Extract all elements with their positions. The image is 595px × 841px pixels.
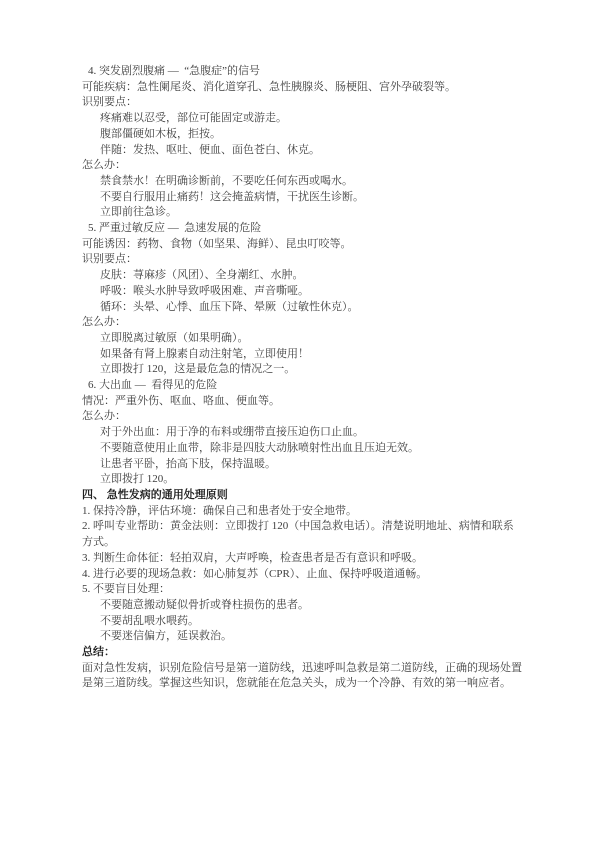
dont-item: 不要随意搬动疑似骨折或脊柱损伤的患者。 [82, 598, 542, 614]
section-summary: 总结： 面对急性发病，识别危险信号是第一道防线，迅速呼叫急救是第二道防线，正确的… [82, 645, 542, 692]
action-item: 立即前往急诊。 [82, 205, 542, 221]
identify-point: 腹部僵硬如木板，拒按。 [82, 127, 542, 143]
action-item: 不要随意使用止血带，除非是四肢大动脉喷射性出血且压迫无效。 [82, 441, 542, 457]
summary-heading: 总结： [82, 645, 542, 661]
possible-diseases-text: 可能疾病：急性阑尾炎、消化道穿孔、急性胰腺炎、肠梗阻、宫外孕破裂等。 [82, 80, 542, 96]
identify-points-label: 识别要点： [82, 95, 542, 111]
identify-point: 疼痛难以忍受，部位可能固定或游走。 [82, 111, 542, 127]
identify-point: 皮肤：荨麻疹（风团）、全身潮红、水肿。 [82, 268, 542, 284]
action-item: 对于外出血：用于净的布料或绷带直接压迫伤口止血。 [82, 425, 542, 441]
identify-point: 呼吸：喉头水肿导致呼吸困难、声音嘶哑。 [82, 284, 542, 300]
dont-item: 不要迷信偏方，延误救治。 [82, 629, 542, 645]
action-item: 让患者平卧，抬高下肢，保持温暖。 [82, 457, 542, 473]
identify-point: 循环：头晕、心悸、血压下降、晕厥（过敏性休克）。 [82, 300, 542, 316]
action-item: 立即拨打 120。 [82, 472, 542, 488]
document-content: 4. 突发剧烈腹痛 — “急腹症”的信号 可能疾病：急性阑尾炎、消化道穿孔、急性… [82, 64, 542, 692]
action-item: 立即拨打 120，这是最危急的情况之一。 [82, 362, 542, 378]
principle-item-wrap: 方式。 [82, 535, 542, 551]
action-item: 禁食禁水！在明确诊断前，不要吃任何东西或喝水。 [82, 174, 542, 190]
dont-item: 不要胡乱喂水喂药。 [82, 614, 542, 630]
principle-item: 4. 进行必要的现场急救：如心肺复苏（CPR）、止血、保持呼吸道通畅。 [82, 567, 542, 583]
summary-text: 是第三道防线。掌握这些知识，您就能在危急关头，成为一个冷静、有效的第一响应者。 [82, 676, 542, 692]
action-item: 立即脱离过敏原（如果明确）。 [82, 331, 542, 347]
action-item: 不要自行服用止痛药！这会掩盖病情，干扰医生诊断。 [82, 190, 542, 206]
section-heading-major-bleeding: 6. 大出血 — 看得见的危险 [82, 378, 542, 394]
identify-point: 伴随：发热、呕吐、便血、面色苍白、休克。 [82, 143, 542, 159]
summary-text: 面对急性发病，识别危险信号是第一道防线，迅速呼叫急救是第二道防线，正确的现场处置 [82, 661, 542, 677]
document-page: 4. 突发剧烈腹痛 — “急腹症”的信号 可能疾病：急性阑尾炎、消化道穿孔、急性… [0, 0, 595, 841]
possible-causes-text: 可能诱因：药物、食物（如坚果、海鲜）、昆虫叮咬等。 [82, 237, 542, 253]
principle-item: 2. 呼叫专业帮助：黄金法则：立即拨打 120（中国急救电话）。清楚说明地址、病… [82, 519, 542, 535]
section-major-bleeding: 6. 大出血 — 看得见的危险 情况：严重外伤、呕血、咯血、便血等。 怎么办： … [82, 378, 542, 488]
what-to-do-label: 怎么办： [82, 409, 542, 425]
section-heading-allergic-reaction: 5. 严重过敏反应 — 急速发展的危险 [82, 221, 542, 237]
section-abdominal-pain: 4. 突发剧烈腹痛 — “急腹症”的信号 可能疾病：急性阑尾炎、消化道穿孔、急性… [82, 64, 542, 221]
section-general-principles: 四、 急性发病的通用处理原则 1. 保持冷静，评估环境：确保自己和患者处于安全地… [82, 488, 542, 645]
section-allergic-reaction: 5. 严重过敏反应 — 急速发展的危险 可能诱因：药物、食物（如坚果、海鲜）、昆… [82, 221, 542, 378]
principle-item: 5. 不要盲目处理： [82, 582, 542, 598]
what-to-do-label: 怎么办： [82, 315, 542, 331]
section-heading-abdominal-pain: 4. 突发剧烈腹痛 — “急腹症”的信号 [82, 64, 542, 80]
principle-item: 1. 保持冷静，评估环境：确保自己和患者处于安全地带。 [82, 504, 542, 520]
what-to-do-label: 怎么办： [82, 158, 542, 174]
situations-text: 情况：严重外伤、呕血、咯血、便血等。 [82, 394, 542, 410]
identify-points-label: 识别要点： [82, 252, 542, 268]
action-item: 如果备有肾上腺素自动注射笔，立即使用！ [82, 347, 542, 363]
section-heading-general-principles: 四、 急性发病的通用处理原则 [82, 488, 542, 504]
principle-item: 3. 判断生命体征：轻拍双肩，大声呼唤，检查患者是否有意识和呼吸。 [82, 551, 542, 567]
